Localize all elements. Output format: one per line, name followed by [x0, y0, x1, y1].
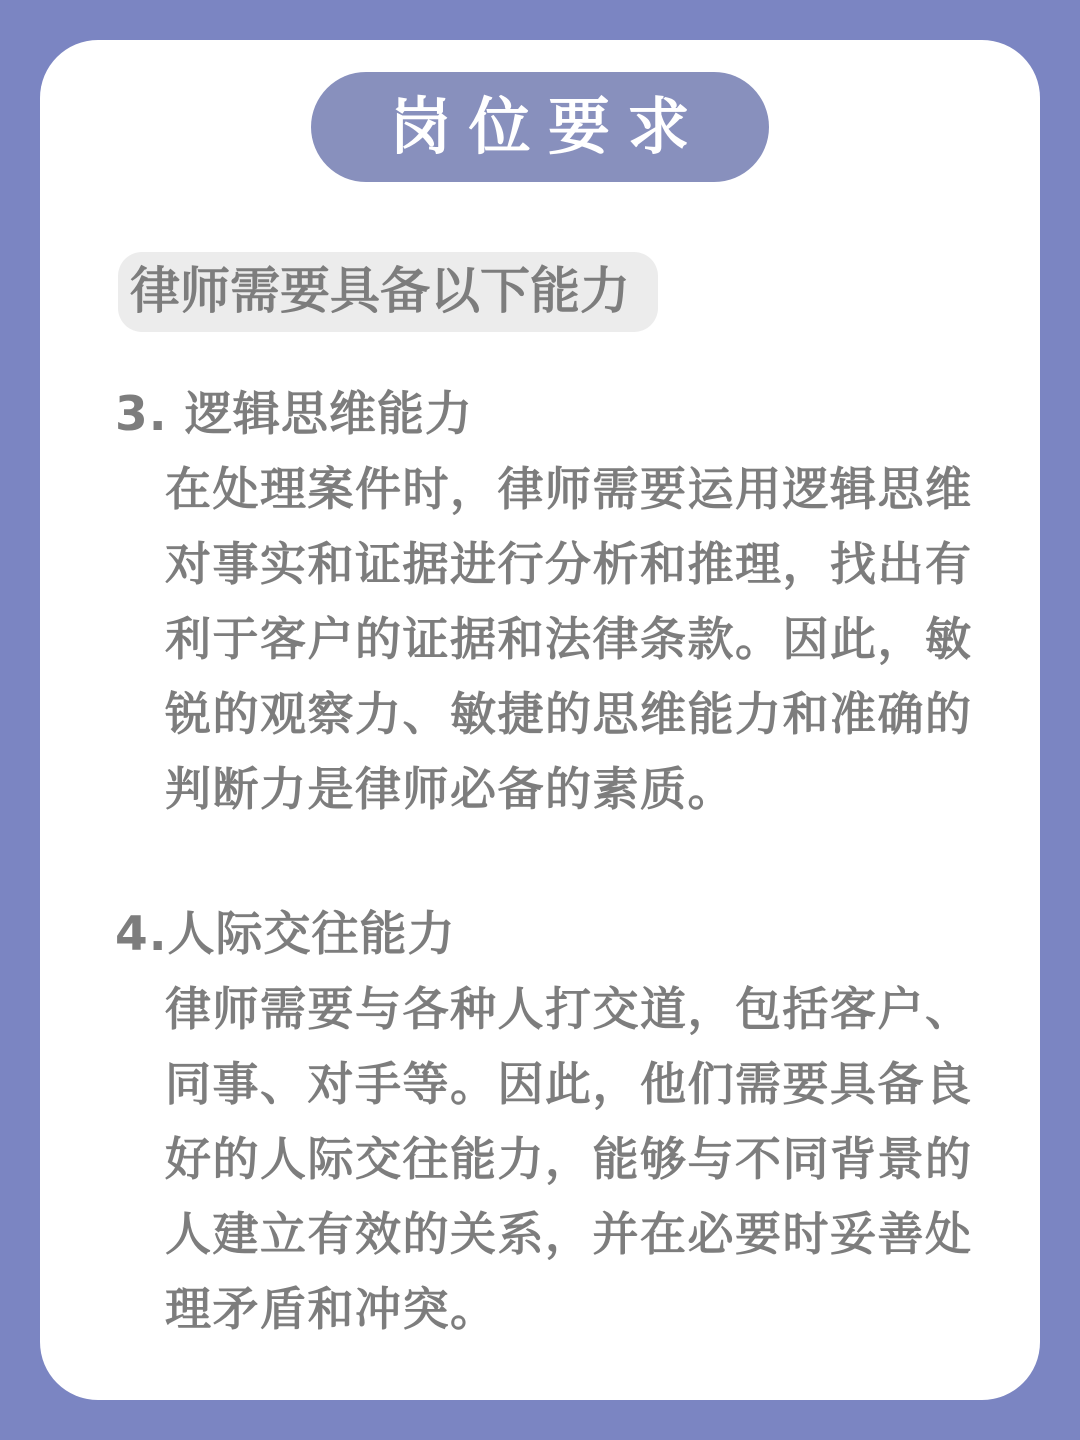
- section-interpersonal: 4.人际交往能力 律师需要与各种人打交道，包括客户、 同事、对手等。因此，他们需…: [115, 897, 965, 1347]
- body-line: 好的人际交往能力，能够与不同背景的: [165, 1122, 965, 1197]
- section-logical-thinking: 3. 逻辑思维能力 在处理案件时，律师需要运用逻辑思维 对事实和证据进行分析和推…: [115, 377, 965, 827]
- body-line: 同事、对手等。因此，他们需要具备良: [165, 1047, 965, 1122]
- body-line: 对事实和证据进行分析和推理，找出有: [165, 527, 965, 602]
- body-line: 理矛盾和冲突。: [165, 1272, 965, 1347]
- section-heading: 3. 逻辑思维能力: [115, 377, 965, 452]
- content-card: 岗位要求 律师需要具备以下能力 3. 逻辑思维能力 在处理案件时，律师需要运用逻…: [40, 40, 1040, 1400]
- subtitle-text: 律师需要具备以下能力: [130, 262, 630, 320]
- section-body: 律师需要与各种人打交道，包括客户、 同事、对手等。因此，他们需要具备良 好的人际…: [165, 972, 965, 1347]
- page-frame: 岗位要求 律师需要具备以下能力 3. 逻辑思维能力 在处理案件时，律师需要运用逻…: [0, 0, 1080, 1440]
- body-line: 利于客户的证据和法律条款。因此，敏: [165, 602, 965, 677]
- body-line: 锐的观察力、敏捷的思维能力和准确的: [165, 677, 965, 752]
- title-pill: 岗位要求: [311, 72, 768, 182]
- body-line: 在处理案件时，律师需要运用逻辑思维: [165, 452, 965, 527]
- page-title: 岗位要求: [389, 90, 706, 163]
- section-heading: 4.人际交往能力: [115, 897, 965, 972]
- body-line: 判断力是律师必备的素质。: [165, 752, 965, 827]
- body-line: 律师需要与各种人打交道，包括客户、: [165, 972, 965, 1047]
- subtitle-badge: 律师需要具备以下能力: [118, 252, 658, 332]
- body-line: 人建立有效的关系，并在必要时妥善处: [165, 1197, 965, 1272]
- section-body: 在处理案件时，律师需要运用逻辑思维 对事实和证据进行分析和推理，找出有 利于客户…: [165, 452, 965, 827]
